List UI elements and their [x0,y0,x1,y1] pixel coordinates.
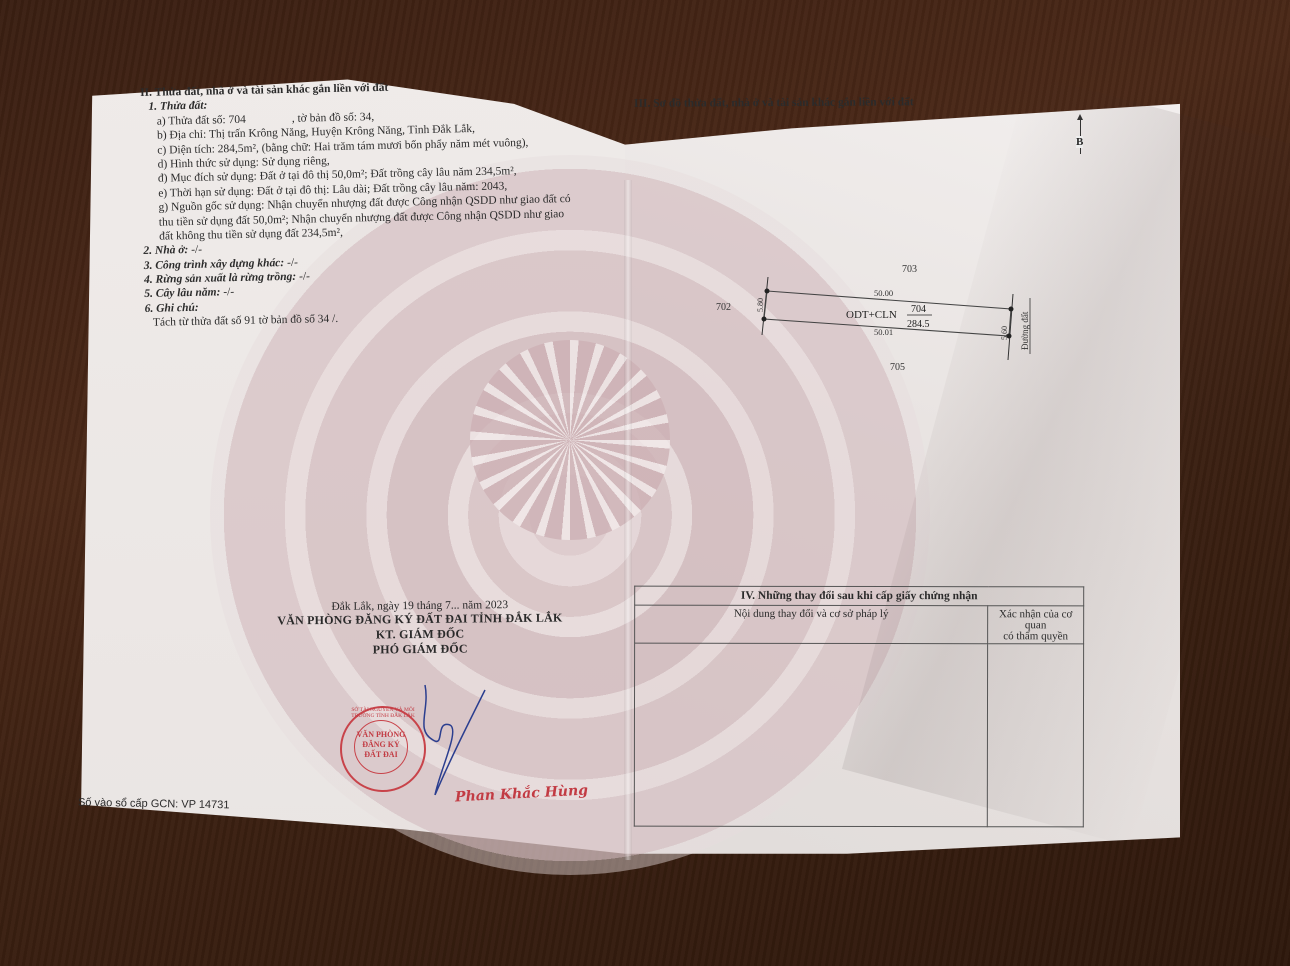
handwritten-signature [405,680,525,800]
seal-center: VĂN PHÒNG ĐĂNG KÝ ĐẤT ĐAI [354,720,408,774]
parcel-area-diagram: 284.5 [907,319,930,330]
north-arrow: B [1078,118,1081,154]
land-use-code: ODT+CLN [846,309,897,321]
parcel-number-diagram: 704 [911,304,926,315]
section4-title: IV. Những thay đổi sau khi cấp giấy chứn… [635,586,1084,606]
section3-title: III. Sơ đồ thửa đất, nhà ở và tài sản kh… [634,95,914,111]
neighbor-north: 703 [902,264,917,275]
section2-block: II. Thửa đất, nhà ở và tài sản khác gắn … [140,77,573,331]
neighbor-south: 705 [890,362,905,373]
authority-cell [987,644,1083,827]
page-fold [624,180,632,860]
col-change-content: Nội dung thay đổi và cơ sở pháp lý [635,605,988,644]
left-width: 5.80 [756,298,765,312]
changes-table: IV. Những thay đổi sau khi cấp giấy chứn… [634,586,1084,828]
change-content-cell [634,643,987,827]
neighbor-west: 702 [716,302,731,313]
col-authority-confirmation: Xác nhận của cơ quancó thẩm quyền [988,606,1084,644]
bottom-length: 50.01 [874,327,893,337]
top-length: 50.00 [874,288,893,298]
signing-block: Đắk Lắk, ngày 19 tháng 7... năm 2023 VĂN… [250,598,591,659]
north-label: B [1076,136,1083,148]
road-label: Đường đất [1020,311,1030,350]
map-sheet: , tờ bản đồ số: 34, [246,111,375,126]
parcel-diagram: 703 702 705 50.00 50.01 ODT+CLN 704 284.… [700,250,1040,380]
right-width: 5.60 [1000,326,1009,340]
parcel-number: 704 [228,114,245,126]
drum-star-watermark [470,340,670,540]
